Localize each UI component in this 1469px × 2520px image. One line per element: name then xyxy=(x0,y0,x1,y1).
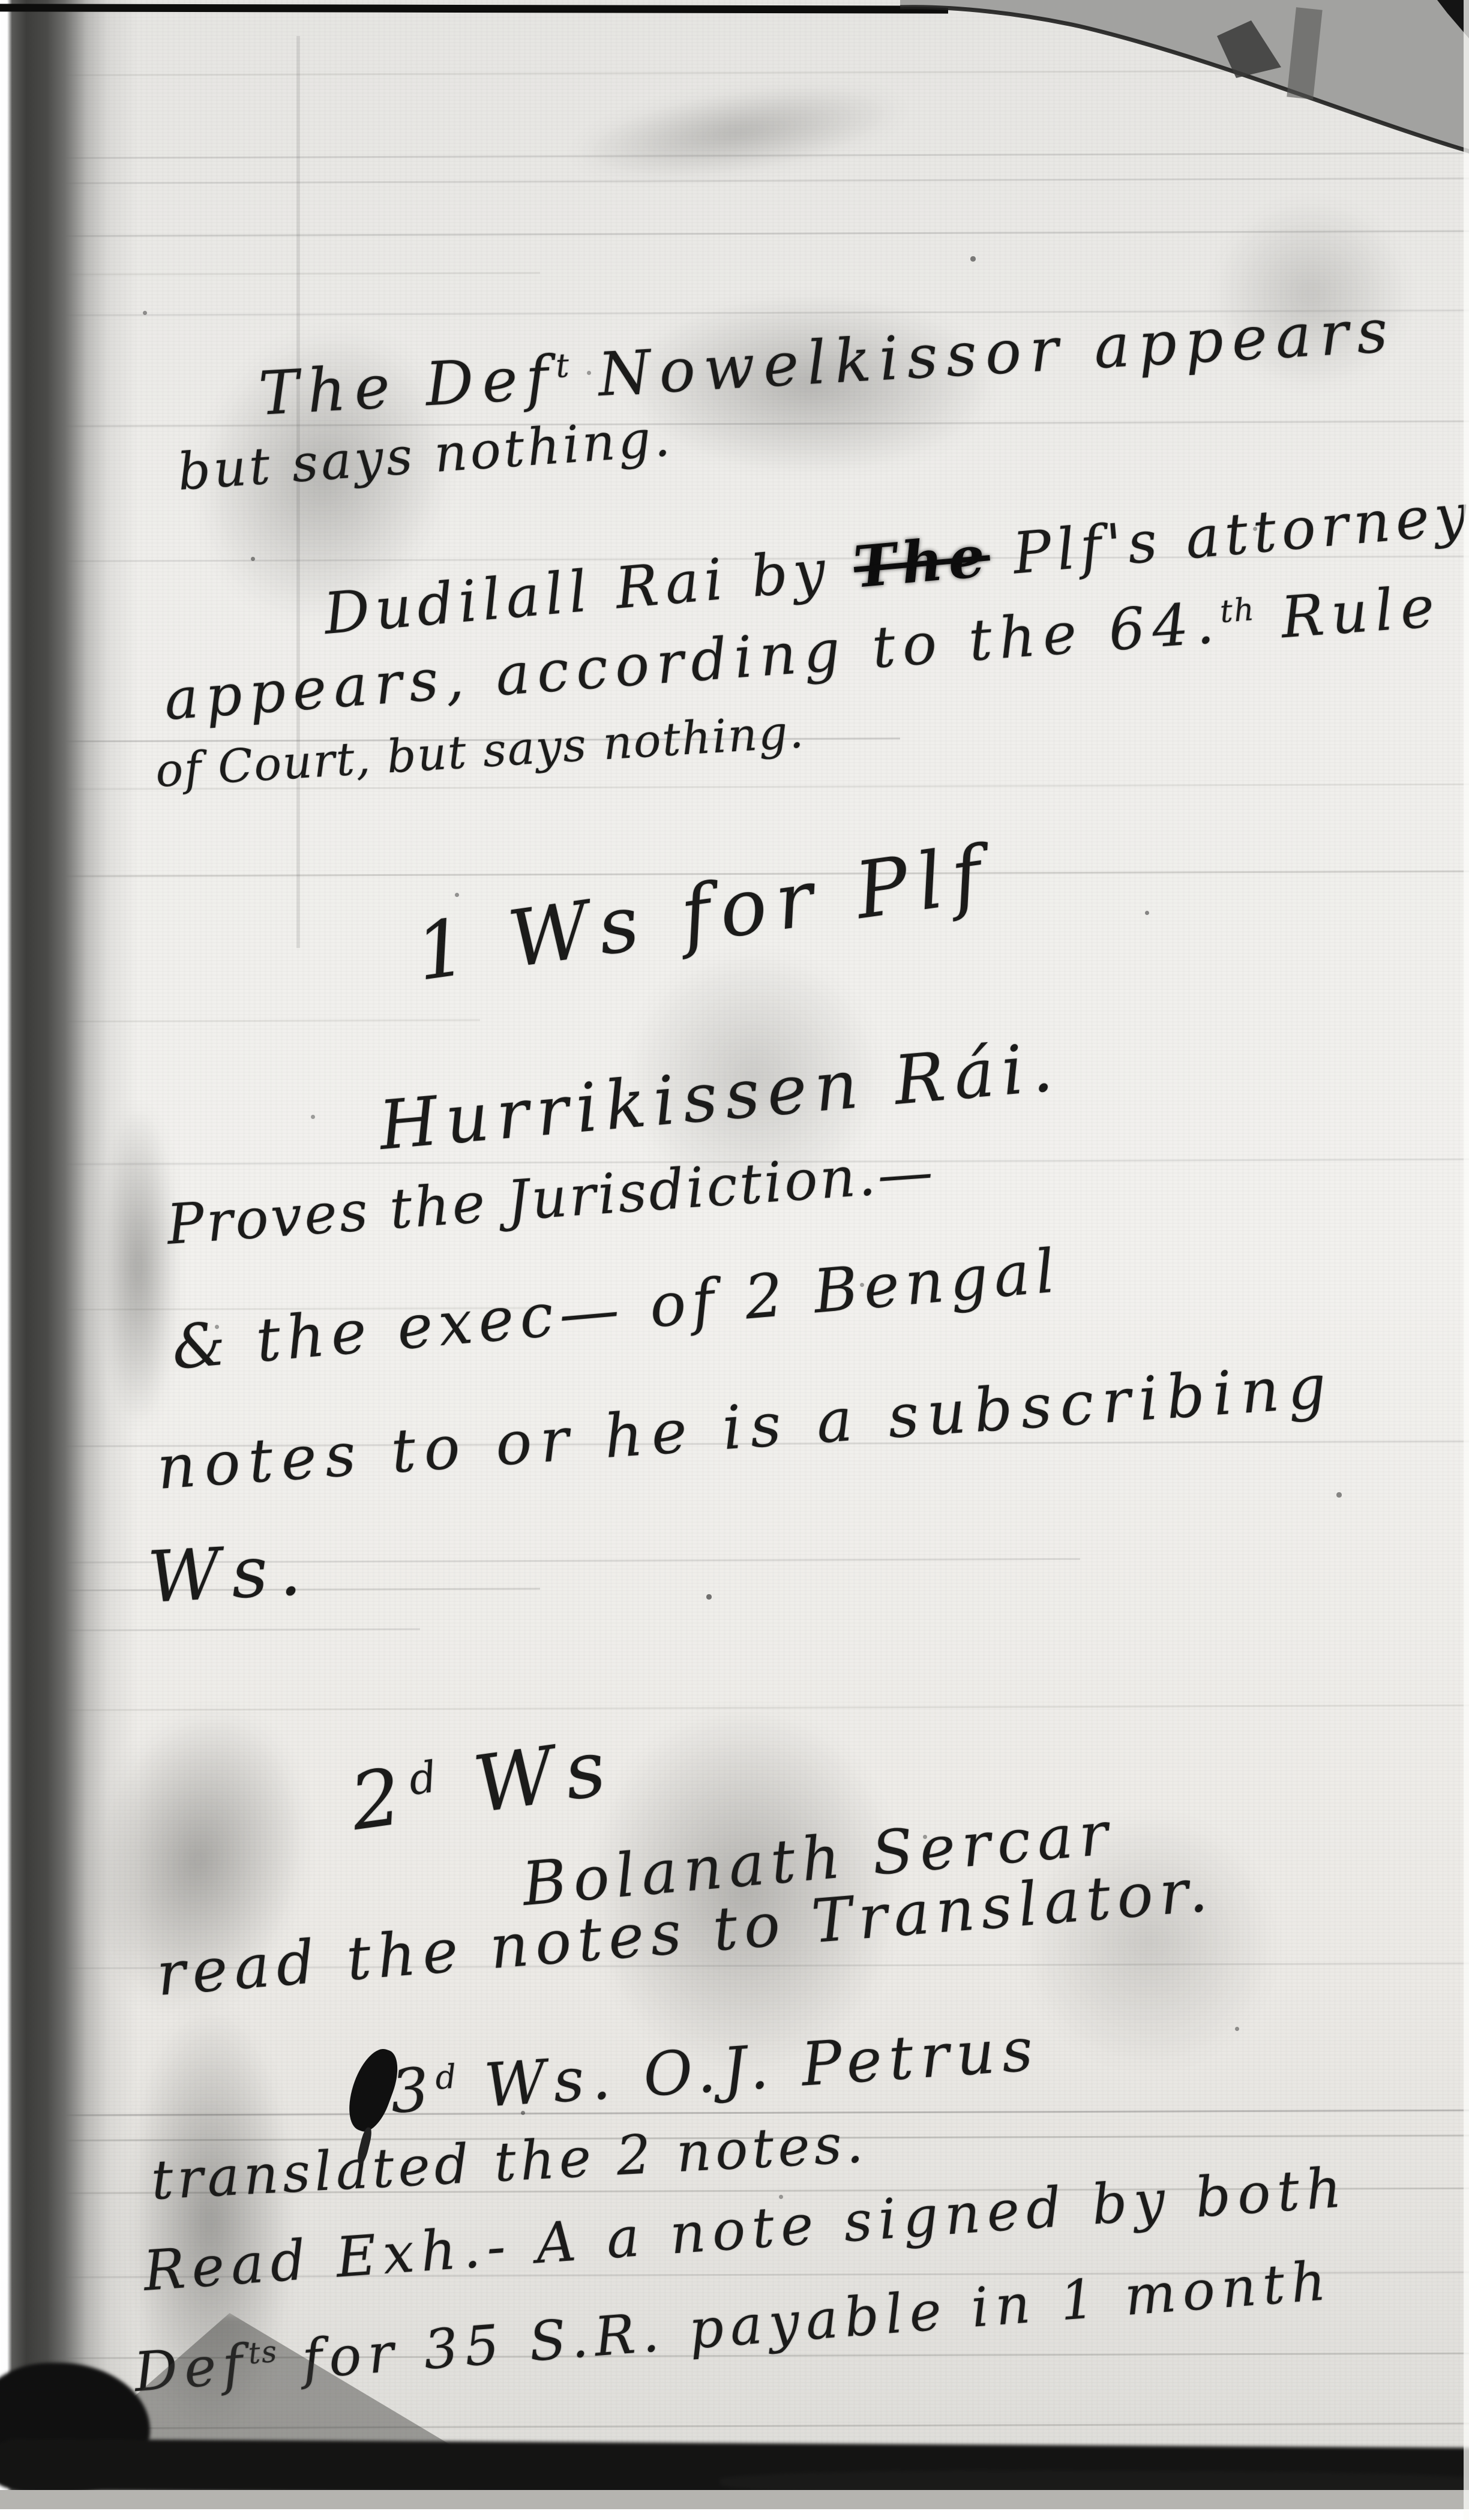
line-text: Ws. xyxy=(146,1528,314,1619)
manuscript-line-11: Ws. xyxy=(146,1528,314,1619)
bottom-white-margin xyxy=(0,2509,1469,2520)
struck-word: The xyxy=(851,523,993,601)
binding-gutter-shadow xyxy=(0,0,138,2520)
scanned-manuscript-page: The Deft Nowelkissor appears but says no… xyxy=(0,0,1469,2520)
bottom-gray-strip xyxy=(0,2490,1469,2510)
page-curl-corner xyxy=(900,0,1469,180)
right-paper-edge xyxy=(1464,0,1469,2520)
superscript: th xyxy=(1219,592,1257,630)
superscript: d xyxy=(434,2057,458,2096)
page-curl-gray-area xyxy=(900,0,1469,151)
manuscript-line-1: The Deft Nowelkissor appears xyxy=(258,327,1396,397)
line-text: Rule xyxy=(1254,574,1444,653)
superscript: t xyxy=(554,346,571,385)
